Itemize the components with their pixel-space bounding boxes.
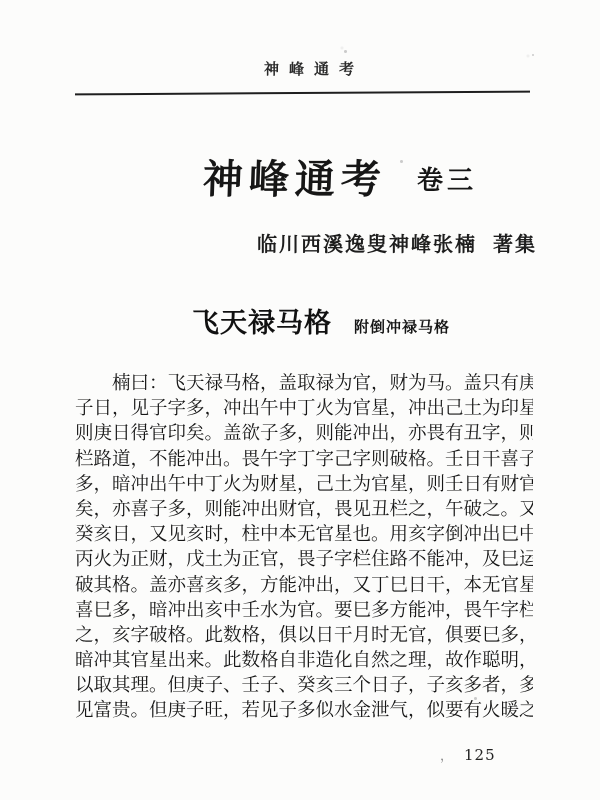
page-number: 125 [464, 746, 496, 764]
body-line: 暗冲其官星出来。此数格自非造化自然之理，故作聪明， [75, 648, 533, 673]
body-line: 矣，亦喜子多，则能冲出财官，畏见丑栏之，午破之。又 [75, 497, 533, 522]
volume-label: 卷三 [417, 166, 477, 196]
book-title-row: 神峰通考卷三 [203, 148, 477, 205]
body-line: 则庚日得官印矣。盖欲子多，则能冲出，亦畏有丑字，则 [75, 421, 533, 446]
body-line: 子日，见子字多，冲出午中丁火为官星，冲出己土为印星， [75, 396, 533, 421]
body-line: 癸亥日，又见亥时，柱中本无官星也。用亥字倒冲出巳中 [75, 522, 533, 547]
book-title: 神峰通考 [202, 148, 388, 205]
body-line: 喜巳多，暗冲出亥中壬水为官。要巳多方能冲，畏午字栏 [75, 598, 533, 623]
section-title: 飞天禄马格 [192, 308, 332, 339]
scan-speck [532, 54, 534, 56]
body-line: 以取其理。但庚子、壬子、癸亥三个日子，子亥多者，多 [75, 673, 533, 698]
body-line: 楠曰：飞天禄马格，盖取禄为官，财为马。盖只有庚 [75, 371, 533, 396]
body-line: 之，亥字破格。此数格，俱以日干月时无官，俱要巳多， [75, 623, 533, 648]
page-footer: ，125 [440, 745, 550, 764]
running-title: 神峰通考 [0, 58, 600, 79]
section-subtitle: 附倒冲禄马格 [354, 318, 450, 336]
section-heading: 飞天禄马格附倒冲禄马格 [192, 301, 450, 340]
scan-speck [400, 160, 403, 163]
scanned-book-page: 神峰通考 神峰通考卷三 临川西溪逸叟神峰张楠著集 飞天禄马格附倒冲禄马格 楠曰：… [0, 0, 600, 800]
author-name: 临川西溪逸叟神峰张楠 [257, 232, 477, 256]
scan-mark: ， [440, 749, 454, 764]
author-line: 临川西溪逸叟神峰张楠著集 [0, 228, 537, 257]
body-line: 破其格。盖亦喜亥多，方能冲出，又丁巳日干，本无官星， [75, 573, 533, 598]
scan-speck [474, 697, 477, 700]
header-rule [75, 91, 530, 96]
body-line: 见富贵。但庚子旺，若见子多似水金泄气，似要有火暖之。 [75, 698, 533, 723]
scan-speck [344, 50, 347, 53]
body-line: 多，暗冲出午中丁火为财星，己土为官星，则壬日有财官 [75, 472, 533, 497]
body-line: 栏路道，不能冲出。畏午字丁字己字则破格。壬日干喜子 [75, 447, 533, 472]
author-role: 著集 [493, 232, 537, 256]
body-paragraph: 楠曰：飞天禄马格，盖取禄为官，财为马。盖只有庚 子日，见子字多，冲出午中丁火为官… [75, 371, 533, 724]
body-line: 丙火为正财，戊土为正官，畏子字栏住路不能冲，及巳运 [75, 547, 533, 572]
